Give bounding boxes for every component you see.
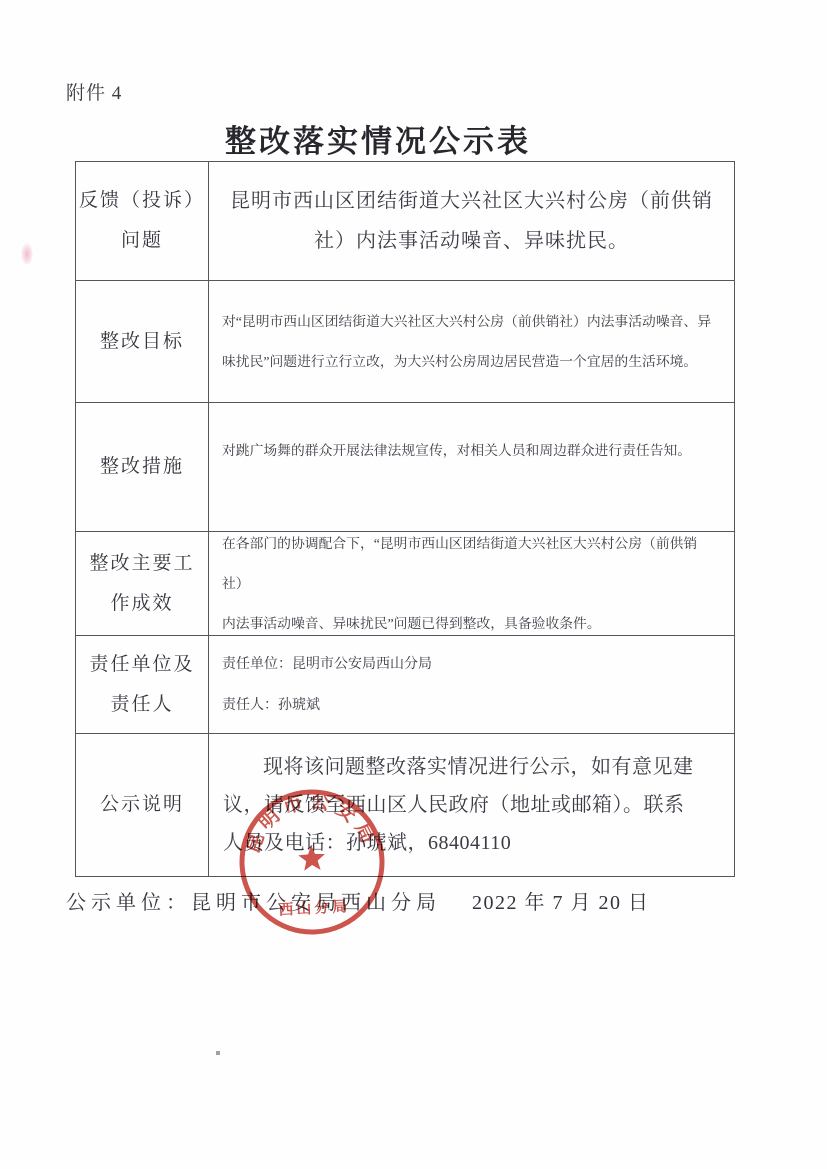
row-label: 整改目标 bbox=[76, 281, 209, 402]
table-row-rectification-measures: 整改措施 对跳广场舞的群众开展法律法规宣传，对相关人员和周边群众进行责任告知。 bbox=[76, 402, 734, 531]
document-page: 附件 4 整改落实情况公示表 反馈（投诉） 问题 昆明市西山区团结街道大兴社区大… bbox=[0, 0, 827, 1169]
row-content: 现将该问题整改落实情况进行公示，如有意见建 议，请反馈至西山区人民政府（地址或邮… bbox=[209, 734, 734, 876]
row-label: 整改措施 bbox=[76, 403, 209, 531]
table-row-responsible-unit-person: 责任单位及 责任人 责任单位：昆明市公安局西山分局 责任人：孙琥斌 bbox=[76, 635, 734, 733]
table-row-publicity-note: 公示说明 现将该问题整改落实情况进行公示，如有意见建 议，请反馈至西山区人民政府… bbox=[76, 733, 734, 876]
ink-speck-gray bbox=[216, 1051, 220, 1055]
attachment-label: 附件 4 bbox=[66, 78, 122, 105]
row-label: 反馈（投诉） 问题 bbox=[76, 162, 209, 280]
table-row-feedback-problem: 反馈（投诉） 问题 昆明市西山区团结街道大兴社区大兴村公房（前供销 社）内法事活… bbox=[76, 162, 734, 280]
rectification-table: 反馈（投诉） 问题 昆明市西山区团结街道大兴社区大兴村公房（前供销 社）内法事活… bbox=[75, 161, 735, 877]
page-title: 整改落实情况公示表 bbox=[48, 116, 708, 161]
row-content: 对跳广场舞的群众开展法律法规宣传，对相关人员和周边群众进行责任告知。 bbox=[209, 403, 734, 531]
table-row-rectification-goal: 整改目标 对“昆明市西山区团结街道大兴社区大兴村公房（前供销社）内法事活动噪音、… bbox=[76, 280, 734, 402]
ink-speck-pink bbox=[21, 243, 33, 265]
footer-publisher: 公示单位：昆明市公安局西山分局 bbox=[66, 886, 441, 915]
table-row-main-work-results: 整改主要工 作成效 在各部门的协调配合下，“昆明市西山区团结街道大兴社区大兴村公… bbox=[76, 531, 734, 635]
row-content: 对“昆明市西山区团结街道大兴社区大兴村公房（前供销社）内法事活动噪音、异 味扰民… bbox=[209, 281, 734, 402]
row-label: 公示说明 bbox=[76, 734, 209, 876]
row-content: 昆明市西山区团结街道大兴社区大兴村公房（前供销 社）内法事活动噪音、异味扰民。 bbox=[209, 162, 734, 280]
row-content: 在各部门的协调配合下，“昆明市西山区团结街道大兴社区大兴村公房（前供销社） 内法… bbox=[209, 532, 734, 635]
row-content: 责任单位：昆明市公安局西山分局 责任人：孙琥斌 bbox=[209, 636, 734, 733]
row-label: 责任单位及 责任人 bbox=[76, 636, 209, 733]
row-label: 整改主要工 作成效 bbox=[76, 532, 209, 635]
footer-date: 2022 年 7 月 20 日 bbox=[472, 886, 650, 915]
